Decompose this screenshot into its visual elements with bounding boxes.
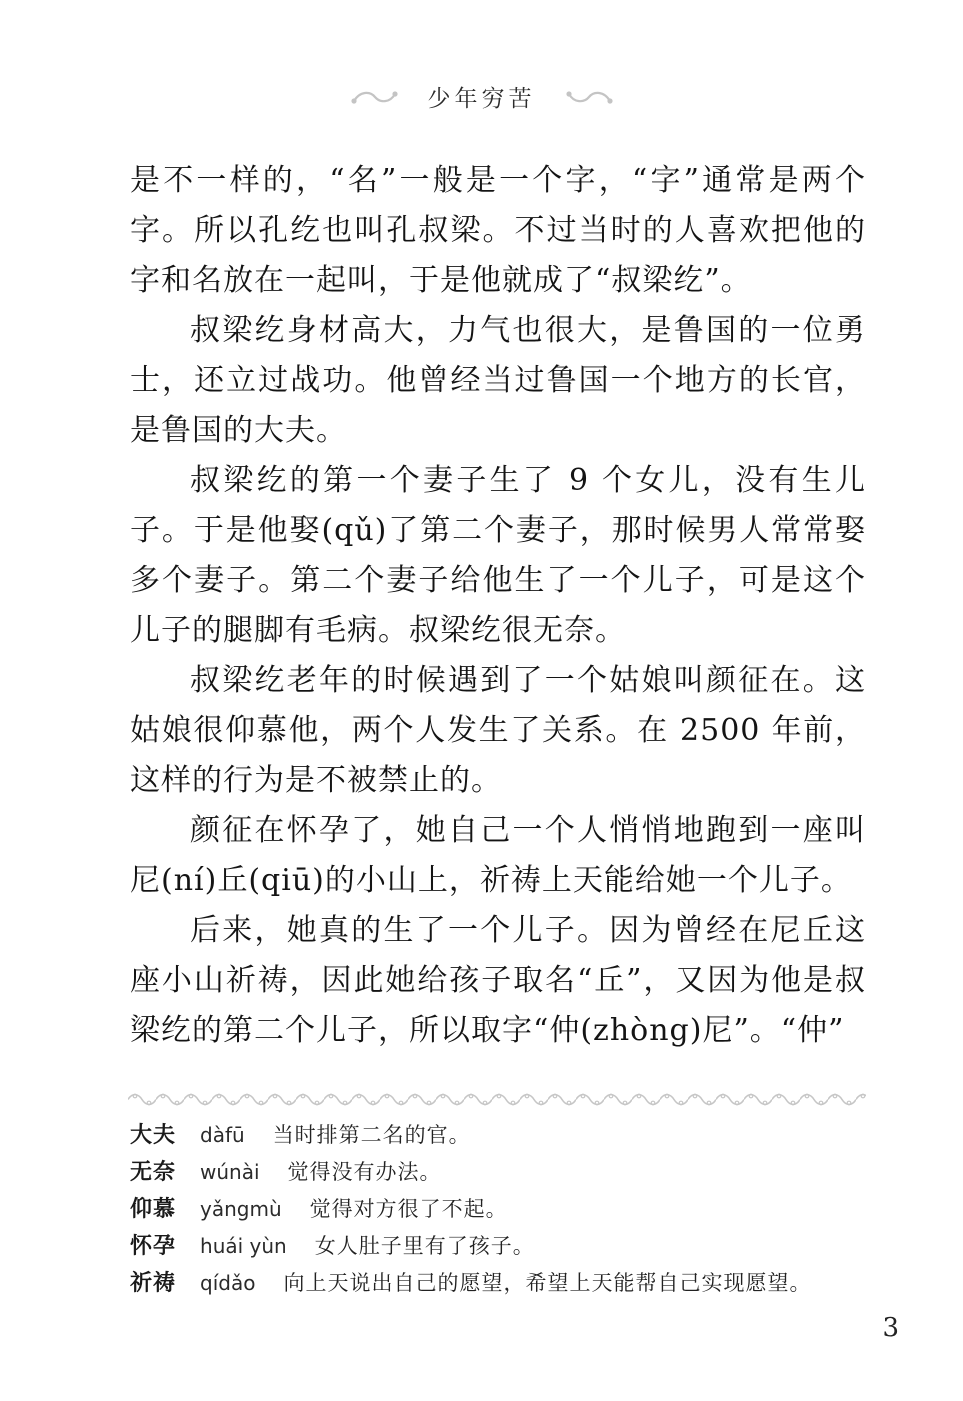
- glossary-pinyin: yǎngmù: [200, 1197, 282, 1221]
- ornament-divider-icon: [128, 1091, 866, 1108]
- glossary-definition: 当时排第二名的官。: [273, 1119, 471, 1149]
- glossary-definition: 觉得对方很了不起。: [310, 1193, 508, 1223]
- header-swirl-right-icon: [564, 87, 616, 107]
- glossary: 大夫 dàfū 当时排第二名的官。 无奈 wúnài 觉得没有办法。 仰慕 yǎ…: [130, 1118, 890, 1303]
- header-swirl-left-icon: [348, 87, 400, 107]
- glossary-term: 仰慕: [130, 1192, 176, 1223]
- glossary-term: 大夫: [130, 1118, 176, 1149]
- glossary-row: 无奈 wúnài 觉得没有办法。: [130, 1155, 890, 1192]
- glossary-term: 祈祷: [130, 1266, 176, 1297]
- glossary-pinyin: dàfū: [200, 1123, 245, 1147]
- glossary-definition: 觉得没有办法。: [288, 1156, 442, 1186]
- glossary-row: 祈祷 qídǎo 向上天说出自己的愿望，希望上天能帮自己实现愿望。: [130, 1266, 890, 1303]
- body-paragraph: 颜征在怀孕了，她自己一个人悄悄地跑到一座叫尼(ní)丘(qiū)的小山上，祈祷上…: [130, 806, 866, 906]
- body-paragraph: 是不一样的，“名”一般是一个字，“字”通常是两个字。所以孔纥也叫孔叔梁。不过当时…: [130, 156, 866, 306]
- body-paragraph: 叔梁纥的第一个妻子生了 9 个女儿，没有生儿子。于是他娶(qǔ)了第二个妻子，那…: [130, 456, 866, 656]
- glossary-row: 大夫 dàfū 当时排第二名的官。: [130, 1118, 890, 1155]
- page-header: 少年穷苦: [0, 80, 963, 113]
- glossary-term: 怀孕: [130, 1229, 176, 1260]
- glossary-definition: 向上天说出自己的愿望，希望上天能帮自己实现愿望。: [283, 1267, 811, 1297]
- body-paragraph: 叔梁纥身材高大，力气也很大，是鲁国的一位勇士，还立过战功。他曾经当过鲁国一个地方…: [130, 306, 866, 456]
- page-title: 少年穷苦: [428, 80, 536, 113]
- glossary-definition: 女人肚子里有了孩子。: [315, 1230, 535, 1260]
- body-text: 是不一样的，“名”一般是一个字，“字”通常是两个字。所以孔纥也叫孔叔梁。不过当时…: [130, 156, 866, 1056]
- page-number: 3: [882, 1313, 899, 1343]
- book-page: 少年穷苦 是不一样的，“名”一般是一个字，“字”通常是两个字。所以孔纥也叫孔叔梁…: [0, 0, 963, 1401]
- glossary-row: 怀孕 huái yùn 女人肚子里有了孩子。: [130, 1229, 890, 1266]
- glossary-pinyin: huái yùn: [200, 1234, 287, 1258]
- glossary-row: 仰慕 yǎngmù 觉得对方很了不起。: [130, 1192, 890, 1229]
- body-paragraph: 后来，她真的生了一个儿子。因为曾经在尼丘这座小山祈祷，因此她给孩子取名“丘”，又…: [130, 906, 866, 1056]
- body-paragraph: 叔梁纥老年的时候遇到了一个姑娘叫颜征在。这姑娘很仰慕他，两个人发生了关系。在 2…: [130, 656, 866, 806]
- glossary-pinyin: wúnài: [200, 1160, 260, 1184]
- glossary-term: 无奈: [130, 1155, 176, 1186]
- glossary-pinyin: qídǎo: [200, 1271, 255, 1295]
